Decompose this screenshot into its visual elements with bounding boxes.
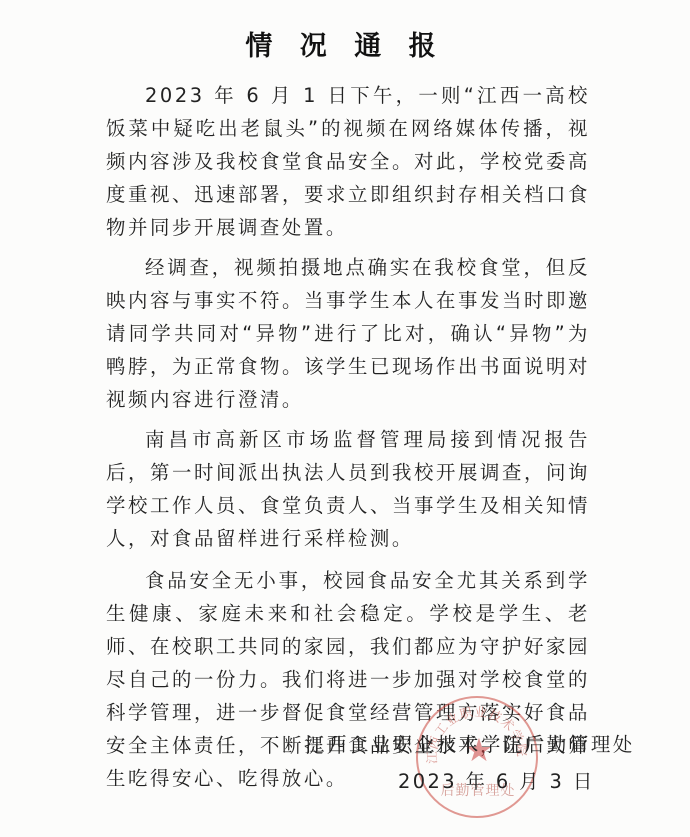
issue-date: 2023 年 6 月 3 日 [398,766,595,794]
paragraph-regulator: 南昌市高新区市场监督管理局接到情况报告后，第一时间派出执法人员到我校开展调查，问… [106,423,590,555]
document-title: 情 况 通 报 [0,24,690,63]
issuer-signature: 江西工业职业技术学院后勤管理处 [305,729,635,757]
document-body: 2023 年 6 月 1 日下午，一则“江西一高校饭菜中疑吃出老鼠头”的视频在网… [106,79,590,802]
official-seal-stamp: 江西工业职业技术学院 ★ 后勤管理处 [416,696,538,818]
paragraph-investigation: 经调查，视频拍摄地点确实在我校食堂，但反映内容与事实不符。当事学生本人在事发当时… [106,251,590,416]
paragraph-incident: 2023 年 6 月 1 日下午，一则“江西一高校饭菜中疑吃出老鼠头”的视频在网… [106,79,590,244]
